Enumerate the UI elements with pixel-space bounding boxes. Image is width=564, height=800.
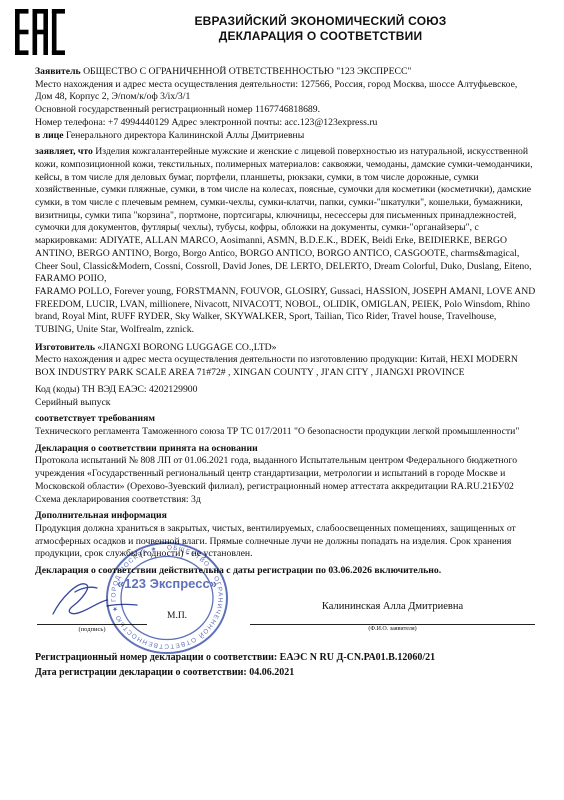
declares-label: заявляет, что [35, 146, 93, 157]
representative-line: в лице Генерального директора Калининско… [35, 130, 536, 143]
representative-label: в лице [35, 130, 64, 141]
compliance-text: Технического регламента Таможенного союз… [35, 426, 536, 439]
title-line-2: ДЕКЛАРАЦИЯ О СООТВЕТСТВИИ [105, 29, 536, 44]
applicant-name: ОБЩЕСТВО С ОГРАНИЧЕННОЙ ОТВЕТСТВЕННОСТЬЮ… [83, 66, 411, 77]
declaration-document: ЕВРАЗИЙСКИЙ ЭКОНОМИЧЕСКИЙ СОЮЗ ДЕКЛАРАЦИ… [0, 0, 564, 800]
registration-number: Регистрационный номер декларации о соотв… [35, 650, 536, 666]
signatory-caption: (Ф.И.О. заявителя) [250, 626, 535, 632]
mp-seal-placeholder: М.П. [167, 611, 187, 621]
basis-heading: Декларация о соответствии принята на осн… [35, 443, 536, 456]
product-description: Изделия кожгалантерейные мужские и женск… [35, 146, 535, 335]
signatory-name: Калининская Алла Дмитриевна [250, 601, 535, 612]
validity-line: Декларация о соответствии действительна … [35, 565, 536, 578]
signature-icon [47, 578, 147, 624]
applicant-contacts: Номер телефона: +7 4994440129 Адрес элек… [35, 117, 536, 130]
manufacturer-name: «JIANGXI BORONG LUGGAGE CO.,LTD» [97, 342, 276, 353]
registration-date: Дата регистрации декларации о соответств… [35, 665, 536, 681]
signature-block: (подпись) М.П. Калининская Алла Дмитриев… [35, 584, 536, 640]
tnved-code: Код (коды) ТН ВЭД ЕАЭС: 4202129900 [35, 384, 536, 397]
manufacturer-line: Изготовитель «JIANGXI BORONG LUGGAGE CO.… [35, 342, 536, 355]
product-declaration: заявляет, что Изделия кожгалантерейные м… [35, 146, 536, 337]
signature-line [37, 624, 147, 625]
additional-heading: Дополнительная информация [35, 510, 536, 523]
applicant-label: Заявитель [35, 66, 81, 77]
applicant-line: Заявитель ОБЩЕСТВО С ОГРАНИЧЕННОЙ ОТВЕТС… [35, 66, 536, 79]
additional-text: Продукция должна храниться в закрытых, ч… [35, 523, 536, 561]
representative-name: Генерального директора Калининской Аллы … [66, 130, 304, 141]
document-title: ЕВРАЗИЙСКИЙ ЭКОНОМИЧЕСКИЙ СОЮЗ ДЕКЛАРАЦИ… [105, 8, 536, 44]
basis-text: Протокола испытаний № 808 ЛП от 01.06.20… [35, 455, 536, 493]
eac-logo-icon [11, 8, 65, 56]
release-type: Серийный выпуск [35, 397, 536, 410]
registration-footer: Регистрационный номер декларации о соотв… [35, 650, 536, 681]
applicant-ogrn: Основной государственный регистрационный… [35, 104, 536, 117]
manufacturer-label: Изготовитель [35, 342, 95, 353]
compliance-heading: соответствует требованиям [35, 413, 536, 426]
signatory-line [250, 624, 535, 625]
manufacturer-address: Место нахождения и адрес места осуществл… [35, 354, 536, 379]
applicant-address: Место нахождения и адрес места осуществл… [35, 79, 536, 104]
document-header: ЕВРАЗИЙСКИЙ ЭКОНОМИЧЕСКИЙ СОЮЗ ДЕКЛАРАЦИ… [35, 8, 536, 60]
title-line-1: ЕВРАЗИЙСКИЙ ЭКОНОМИЧЕСКИЙ СОЮЗ [105, 14, 536, 29]
signature-caption: (подпись) [37, 626, 147, 633]
basis-scheme: Схема декларирования соответствия: 3д [35, 494, 536, 507]
